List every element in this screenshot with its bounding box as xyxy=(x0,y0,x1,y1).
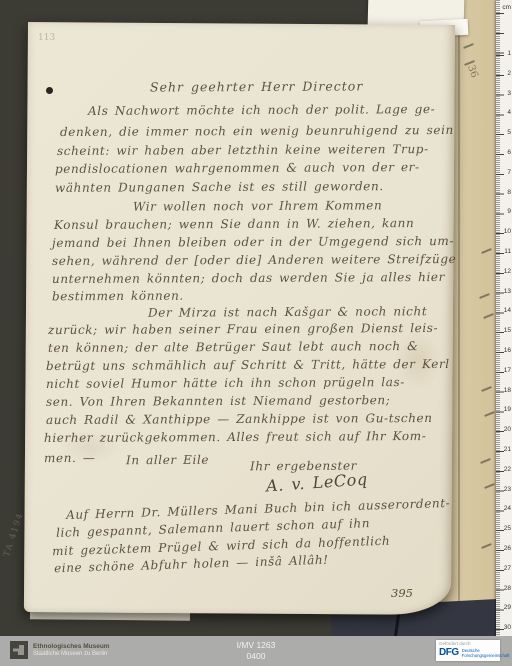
ruler-number: 4 xyxy=(507,110,511,116)
ruler-unit-label: cm xyxy=(502,4,511,11)
handwritten-line: ten können; der alte Betrüger Saut lebt … xyxy=(48,339,418,355)
ruler-number: 15 xyxy=(504,328,511,334)
handwritten-line: bestimmen können. xyxy=(52,289,184,304)
handwritten-line: nicht soviel Humor hätte ich ihn schon p… xyxy=(46,375,405,391)
ruler-number: 14 xyxy=(504,308,511,314)
page-number: 395 xyxy=(391,586,413,600)
ruler-number: 13 xyxy=(504,289,511,295)
ruler-number: 7 xyxy=(507,170,511,176)
handwritten-line: Wir wollen noch vor Ihrem Kommen xyxy=(133,198,382,213)
ruler-number: 9 xyxy=(507,209,511,215)
ruler-number: 24 xyxy=(504,506,511,512)
ruler-number: 23 xyxy=(504,487,511,493)
ruler-number: 25 xyxy=(504,526,511,532)
dfg-funding-credit: Gefördert durch DFG Deutsche Forschungsg… xyxy=(436,640,500,661)
funded-by-label: Gefördert durch xyxy=(439,641,471,646)
digitization-footer-bar: Ethnologisches Museum Staatliche Museen … xyxy=(0,636,512,666)
handwritten-line: denken, die immer noch ein wenig beunruh… xyxy=(60,123,454,139)
handwritten-line: A. v. LeCoq xyxy=(266,472,369,493)
handwritten-line: Konsul brauchen; wenn Sie dann in W. zie… xyxy=(54,216,414,232)
ruler-number: 20 xyxy=(504,427,511,433)
handwritten-line: zurück; wir haben seiner Frau einen groß… xyxy=(48,321,438,337)
handwritten-line: hierher zurückgekommen. Alles freut sich… xyxy=(44,429,426,445)
ruler-number: 21 xyxy=(504,447,511,453)
ruler-number: 16 xyxy=(504,348,511,354)
handwritten-line: scheint: wir haben aber letzthin keine w… xyxy=(57,142,429,158)
ruler-number: 1 xyxy=(507,51,511,57)
ruler-number: 30 xyxy=(504,625,511,631)
handwritten-line: Sehr geehrter Herr Director xyxy=(150,79,363,94)
handwritten-line: pendislocationen wahrgenommen & auch von… xyxy=(55,160,420,176)
corner-pencil-annotation: 113 xyxy=(38,33,55,43)
handwritten-line: jemand bei Ihnen bleiben oder in der Umg… xyxy=(52,234,454,250)
dfg-org-line2: Forschungsgemeinschaft xyxy=(462,653,510,658)
handwritten-line: sehen, während der [oder die] Anderen we… xyxy=(52,252,456,268)
handwritten-line: men. — xyxy=(44,451,96,465)
dfg-logo: DFG xyxy=(439,647,459,658)
ruler-number: 3 xyxy=(507,91,511,97)
ruler-number: 26 xyxy=(504,546,511,552)
ruler-number: 18 xyxy=(504,388,511,394)
ruler-number: 29 xyxy=(504,605,511,611)
handwritten-line: Als Nachwort möchte ich noch der polit. … xyxy=(88,102,435,118)
handwritten-line: betrügt uns schmählich auf Schritt & Tri… xyxy=(46,357,450,373)
ruler-number: 19 xyxy=(504,407,511,413)
handwritten-line: auch Radil & Xanthippe — Zankhippe ist v… xyxy=(46,411,433,427)
ruler-number: 8 xyxy=(507,190,511,196)
ruler-number: 5 xyxy=(507,130,511,136)
handwritten-line: sen. Von Ihren Bekannten ist Niemand ges… xyxy=(46,393,390,409)
scanned-letter-area: Sehr geehrter Herr DirectorAls Nachwort … xyxy=(0,0,512,636)
measurement-ruler: cm 1234567891011121314151617181920212223… xyxy=(496,0,512,636)
ruler-number: 10 xyxy=(504,229,511,235)
ruler-number: 28 xyxy=(504,586,511,592)
handwritten-line: Auf Herrn Dr. Müllers Mani Buch bin ich … xyxy=(66,496,451,522)
ruler-number: 2 xyxy=(507,71,511,77)
handwritten-line: Der Mirza ist nach Kašgar & noch nicht xyxy=(148,304,427,319)
handwritten-line: In aller Eile xyxy=(126,453,209,467)
ruler-number: 12 xyxy=(504,269,511,275)
ruler-number: 6 xyxy=(507,150,511,156)
ruler-number: 27 xyxy=(504,566,511,572)
handwritten-letter-text: Sehr geehrter Herr DirectorAls Nachwort … xyxy=(0,0,512,636)
ruler-number: 17 xyxy=(504,368,511,374)
ruler-number: 11 xyxy=(504,249,511,255)
handwritten-line: wähnten Dunganen Sache ist es still gewo… xyxy=(55,179,384,195)
ruler-number: 22 xyxy=(504,467,511,473)
handwritten-line: unternehmen könnten; doch das werden Sie… xyxy=(52,270,445,286)
